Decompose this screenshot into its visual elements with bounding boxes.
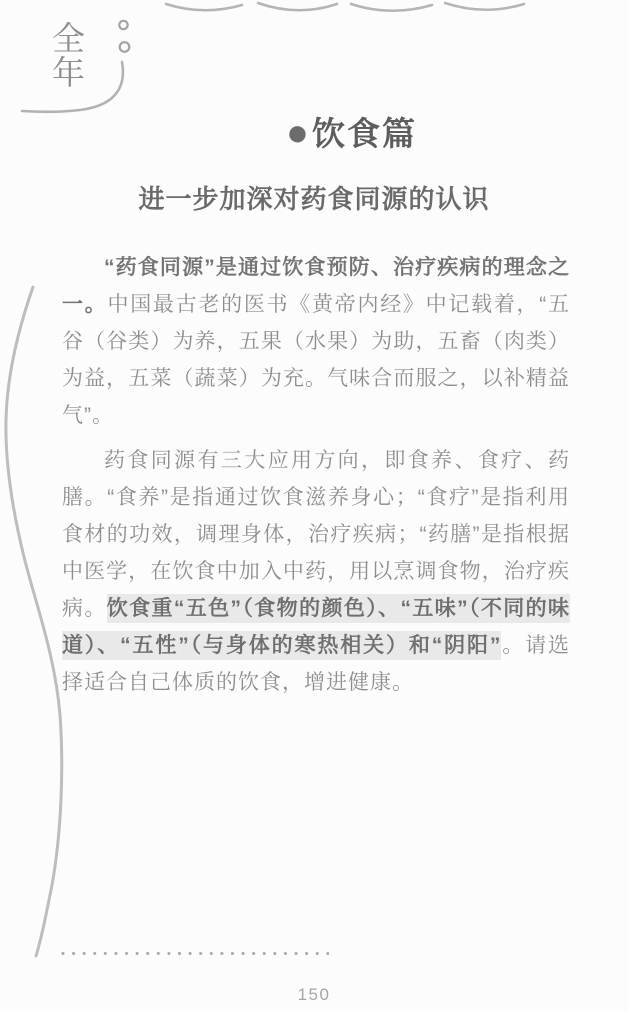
paragraph: “药食同源”是通过饮食预防、治疗疾病的理念之一。中国最古老的医书《黄帝内经》中记… [62, 249, 570, 434]
text-segment-normal: 中国最古老的医书《黄帝内经》中记载着，“五谷（谷类）为养，五果（水果）为助，五畜… [62, 293, 570, 427]
top-scallop-arc [258, 3, 337, 10]
chapter-title: ● 饮食篇 [286, 114, 417, 154]
top-scallop-arc [445, 3, 524, 10]
body-paragraphs: “药食同源”是通过饮食预防、治疗疾病的理念之一。中国最古老的医书《黄帝内经》中记… [62, 249, 570, 701]
season-label: 全年 [52, 22, 90, 90]
dotted-divider [61, 950, 329, 957]
section-subtitle: 进一步加深对药食同源的认识 [0, 183, 628, 215]
season-dot-icon [119, 21, 127, 29]
chapter-title-text: 饮食篇 [312, 114, 417, 154]
bullet-icon: ● [286, 114, 309, 152]
top-scallop-arc [351, 4, 432, 11]
top-scallop-arc [166, 4, 242, 10]
book-page: 全年 ● 饮食篇 进一步加深对药食同源的认识 “药食同源”是通过饮食预防、治疗疾… [0, 0, 628, 1011]
text-segment-highlight: 饮食重“五色”（食物的颜色）、“五味”（不同的味道）、“五性”（与身体的寒热相关… [62, 594, 570, 660]
season-dot-icon [120, 42, 130, 52]
page-number: 150 [0, 985, 628, 1005]
paragraph: 药食同源有三大应用方向，即食养、食疗、药膳。“食养”是指通过饮食滋养身心；“食疗… [62, 442, 570, 701]
left-wave-line [6, 287, 62, 956]
